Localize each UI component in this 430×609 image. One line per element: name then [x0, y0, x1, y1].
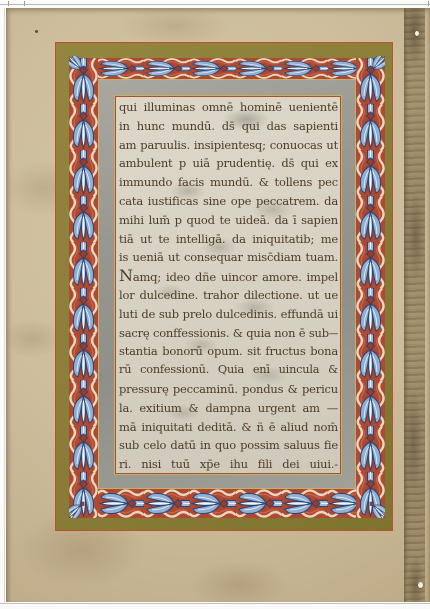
illuminated-border-frame: qui illuminas omnē hominē uenientē in hu…: [55, 42, 393, 531]
corner-palmette-top-right: [356, 56, 385, 85]
text-line: luti de sub prelo dulcedinis. effundā ui: [119, 305, 338, 324]
ruler-tick: [8, 1, 9, 6]
manuscript-page: qui illuminas omnē hominē uenientē in hu…: [6, 8, 430, 609]
scan-bottom-edge: [0, 602, 430, 609]
scan-top-edge: [0, 0, 430, 8]
palmette-band-left: [69, 58, 98, 518]
digitized-manuscript-scan: qui illuminas omnē hominē uenientē in hu…: [0, 0, 430, 609]
silver-inner-frame: qui illuminas omnē hominē uenientē in hu…: [98, 79, 356, 489]
ink-speck: [35, 30, 38, 33]
text-line: am paruulis. insipientesq; conuocas ut: [119, 136, 338, 155]
text-line: is ueniā ut consequar misc̄diam tuam.: [119, 248, 338, 267]
text-line: immundo facis mundū. & tollens pec: [119, 173, 338, 192]
text-line: tiā ut te intelligā. da iniquitatib; me: [119, 230, 338, 249]
text-line: stantia bonorū opum. sit fructus bona: [119, 342, 338, 361]
text-line: lor dulcedine. trahor dilectione. ut ue: [119, 286, 338, 305]
text-line: la. exitium & dampna urgent am —: [119, 399, 338, 418]
scan-edge-line: [0, 4, 430, 5]
palmette-band-right: [356, 58, 385, 518]
palmette-band-top: [98, 58, 356, 79]
text-line: mihi lum̄ p quod te uideā. da ī sapien: [119, 211, 338, 230]
corner-palmette-bottom-left: [69, 489, 98, 518]
scan-edge-line: [4, 0, 5, 609]
page-rough-right-edge: [404, 8, 425, 609]
text-line: mā iniquitati deditā. & ñ ē aliud nom̄: [119, 418, 338, 437]
corner-palmette-top-left: [69, 56, 98, 85]
manuscript-text: qui illuminas omnē hominē uenientē in hu…: [119, 98, 338, 474]
palmette-band-bottom: [98, 489, 356, 518]
text-line: qui illuminas omnē hominē uenientē: [119, 98, 338, 117]
ruler-tick: [428, 1, 429, 6]
scan-edge-line: [0, 603, 430, 604]
text-line: sub celo datū in quo possim saluus fie: [119, 436, 338, 455]
text-line-versal-N: Namq; ideo dñe uincor amore. impel: [119, 267, 338, 286]
text-line: pressurę peccaminū. pondus & pericu: [119, 380, 338, 399]
text-block: qui illuminas omnē hominē uenientē in hu…: [115, 96, 341, 474]
worm-hole-bottom: [418, 582, 423, 588]
text-line: sacrę conffessionis. & quia non ē sub—: [119, 324, 338, 343]
text-line: in hunc mundū. ds̄ qui das sapienti: [119, 117, 338, 136]
text-line: ri. nisi tuū xp̄e ihu fili dei uiui.-: [119, 455, 338, 474]
scan-left-edge: [0, 0, 6, 609]
text-line: cata iustificas sine ope peccatrem. da: [119, 192, 338, 211]
ruler-tick: [24, 1, 25, 6]
corner-palmette-bottom-right: [356, 489, 385, 518]
worm-hole-top: [415, 31, 419, 36]
text-line-versal-Q: rū confessionū. Quia enī uincula &: [119, 361, 338, 380]
text-line: ambulent p uiā prudentię. ds̄ qui ex: [119, 154, 338, 173]
